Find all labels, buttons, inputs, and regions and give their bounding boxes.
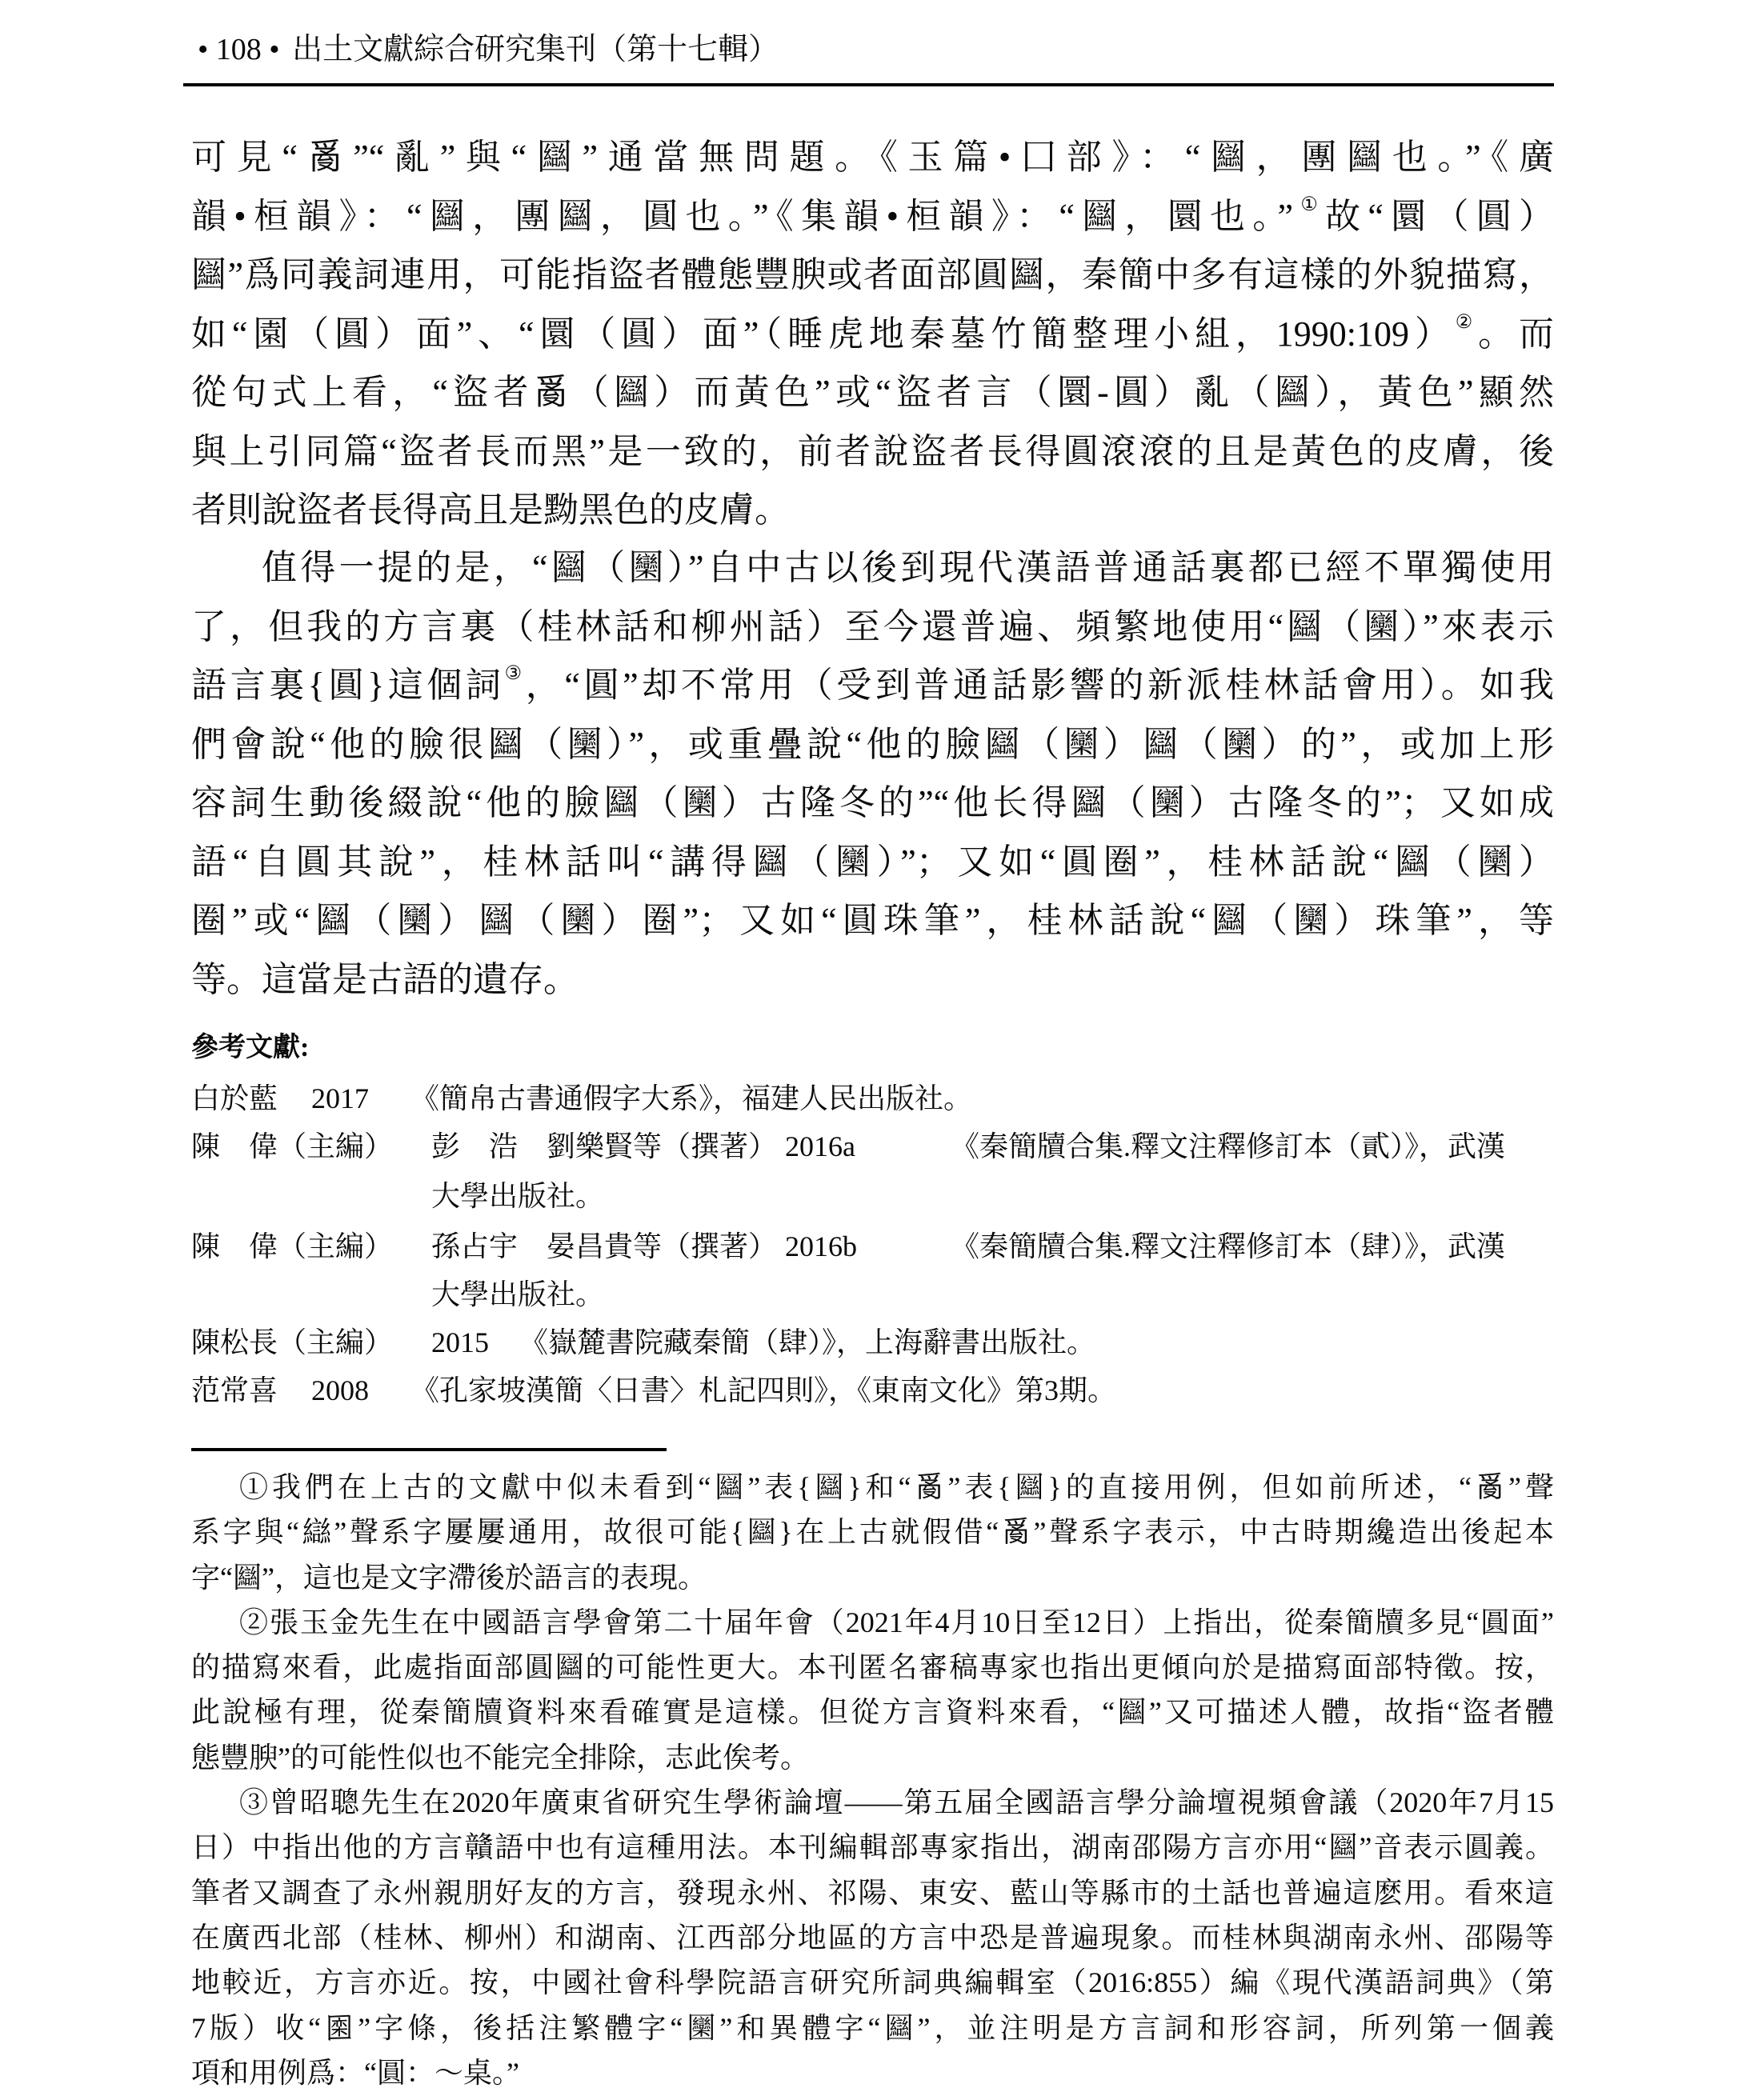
ref-year: 2015 <box>431 1318 489 1366</box>
text-line: 容詞生動後綴說“他的臉圝（圞）古隆冬的”“他长得圝（圞）古隆冬的”；又如成 <box>191 774 1554 833</box>
footnote-rule <box>191 1448 667 1451</box>
reference-entry: 陳松長（主編） 2015 《嶽麓書院藏秦簡（肆）》，上海辭書出版社。 <box>0 1318 1738 1366</box>
footnotes: ①我們在上古的文獻中似未看到“圝”表{圝}和“𤔔”表{圝}的直接用例，但如前所述… <box>191 1465 1554 2095</box>
text-line: 語言裏{圓}這個詞③，“圓”却不常用（受到普通話影響的新派桂林話會用）。如我 <box>191 656 1554 715</box>
footnote-ref-1[interactable]: ① <box>1293 194 1325 215</box>
footnote-3: ③曾昭聰先生在2020年廣東省研究生學術論壇——第五届全國語言學分論壇視頻會議（… <box>191 1780 1554 2095</box>
footnote-line: ②張玉金先生在中國語言學會第二十届年會（2021年4月10日至12日）上指出，從… <box>191 1600 1554 1645</box>
ref-author: 范常喜 <box>191 1366 278 1414</box>
text-line: 等。這當是古語的遺存。 <box>191 950 1554 1010</box>
reference-entry: 陳 偉（主編） 孫占宇 晏昌貴等（撰著） 2016b 《秦簡牘合集.釋文注釋修訂… <box>0 1222 1738 1270</box>
ref-title: 《秦簡牘合集.釋文注釋修訂本（肆）》，武漢 <box>951 1222 1505 1270</box>
text-segment: 故“圜（圓） <box>1325 197 1554 236</box>
footnote-line: 在廣西北部（桂林、柳州）和湖南、江西部分地區的方言中恐是普遍現象。而桂林與湖南永… <box>191 1915 1554 1960</box>
text-line: 如“園（圓）面”、“圜（圓）面”（睡虎地秦墓竹簡整理小組，1990:109）②。… <box>191 305 1554 364</box>
body-paragraph-2: 值得一提的是，“圝（圞）”自中古以後到現代漢語普通話裏都已經不單獨使用 了，但我… <box>191 538 1554 1009</box>
text-line: 們會說“他的臉很圝（圞）”，或重疊說“他的臉圝（圞）圝（圞）的”，或加上形 <box>191 715 1554 774</box>
page-number: • 108 • <box>198 33 280 66</box>
footnote-ref-3[interactable]: ③ <box>505 663 526 684</box>
footnote-line: 日）中指出他的方言贛語中也有這種用法。本刊編輯部專家指出，湖南邵陽方言亦用“圝”… <box>191 1825 1554 1870</box>
reference-entry: 陳 偉（主編） 彭 浩 劉樂賢等（撰著） 2016a 《秦簡牘合集.釋文注釋修訂… <box>0 1122 1738 1170</box>
footnote-line: 字“圝”，這也是文字滯後於語言的表現。 <box>191 1555 1554 1600</box>
ref-title-continuation: 大學出版社。 <box>431 1172 604 1220</box>
text-line: 語“自圓其說”，桂林話叫“講得圝（圞）”；又如“圓圈”，桂林話說“圝（圞） <box>191 833 1554 892</box>
text-segment: 。而 <box>1478 314 1554 354</box>
ref-author: 白於藍 <box>191 1074 278 1122</box>
ref-title-continuation: 大學出版社。 <box>431 1270 604 1318</box>
footnote-line: ①我們在上古的文獻中似未看到“圝”表{圝}和“𤔔”表{圝}的直接用例，但如前所述… <box>191 1465 1554 1510</box>
footnote-line: 地較近，方言亦近。按，中國社會科學院語言研究所詞典編輯室（2016:855）編《… <box>191 1960 1554 2005</box>
text-line: 從句式上看，“盜者𤔔（圝）而黃色”或“盜者言（圜-圓）亂（圝），黃色”顯然 <box>191 363 1554 422</box>
header-rule <box>183 83 1554 86</box>
footnote-line: 的描寫來看，此處指面部圓圝的可能性更大。本刊匿名審稿專家也指出更傾向於是描寫面部… <box>191 1645 1554 1690</box>
text-line: 韻•桓韻》：“圝，團圝，圓也。”《集韻•桓韻》：“圝，圜也。”①故“圜（圓） <box>191 187 1554 246</box>
footnote-line: 筆者又調查了永州親朋好友的方言，發現永州、祁陽、東安、藍山等縣市的土話也普遍這麽… <box>191 1870 1554 1915</box>
body-paragraph-1: 可見“𤔔”“亂”與“圝”通當無問題。《玉篇•囗部》：“圝，團圝也。”《廣 韻•桓… <box>191 128 1554 540</box>
footnote-line: 7版）收“𪢮”字條，後括注繁體字“圞”和異體字“圝”，並注明是方言詞和形容詞，所… <box>191 2006 1554 2050</box>
footnote-ref-2[interactable]: ② <box>1456 312 1478 333</box>
footnote-line: 項和用例爲：“圓：～桌。” <box>191 2050 1554 2095</box>
text-segment: 韻•桓韻》：“圝，團圝，圓也。”《集韻•桓韻》：“圝，圜也。” <box>191 197 1293 236</box>
text-segment: 語言裏{圓}這個詞 <box>191 666 505 705</box>
ref-author: 陳松長（主編） <box>191 1318 393 1366</box>
text-line: 圈”或“圝（圞）圝（圞）圈”；又如“圓珠筆”，桂林話說“圝（圞）珠筆”，等 <box>191 891 1554 950</box>
ref-contributors: 孫占宇 晏昌貴等（撰著） <box>431 1222 777 1270</box>
text-line: 了，但我的方言裏（桂林話和柳州話）至今還普遍、頻繁地使用“圝（圞）”來表示 <box>191 598 1554 657</box>
ref-title: 《嶽麓書院藏秦簡（肆）》，上海辭書出版社。 <box>519 1318 1095 1366</box>
text-line: 圝”爲同義詞連用，可能指盜者體態豐腴或者面部圓圝，秦簡中多有這樣的外貌描寫， <box>191 246 1554 305</box>
reference-entry-continuation: 大學出版社。 <box>0 1270 1738 1318</box>
journal-title: 出土文獻綜合研究集刊（第十七輯） <box>292 33 779 66</box>
running-header: • 108 • 出土文獻綜合研究集刊（第十七輯） <box>198 32 779 67</box>
ref-author: 陳 偉（主編） <box>191 1122 393 1170</box>
text-line: 值得一提的是，“圝（圞）”自中古以後到現代漢語普通話裏都已經不單獨使用 <box>191 538 1554 598</box>
footnote-1: ①我們在上古的文獻中似未看到“圝”表{圝}和“𤔔”表{圝}的直接用例，但如前所述… <box>191 1465 1554 1600</box>
ref-year: 2008 <box>311 1366 369 1414</box>
text-segment: ，“圓”却不常用（受到普通話影響的新派桂林話會用）。如我 <box>526 666 1554 705</box>
text-segment: 如“園（圓）面”、“圜（圓）面”（睡虎地秦墓竹簡整理小組，1990:109） <box>191 314 1456 354</box>
ref-author: 陳 偉（主編） <box>191 1222 393 1270</box>
footnote-line: 系字與“䜌”聲系字屢屢通用，故很可能{圝}在上古就假借“𤔔”聲系字表示，中古時期… <box>191 1510 1554 1554</box>
ref-year: 2017 <box>311 1074 369 1122</box>
ref-year: 2016b <box>785 1222 857 1270</box>
references-heading: 參考文獻: <box>191 1024 309 1072</box>
footnote-line: ③曾昭聰先生在2020年廣東省研究生學術論壇——第五届全國語言學分論壇視頻會議（… <box>191 1780 1554 1825</box>
footnote-line: 此說極有理，從秦簡牘資料來看確實是這樣。但從方言資料來看，“圝”又可描述人體，故… <box>191 1690 1554 1734</box>
reference-entry-continuation: 大學出版社。 <box>0 1172 1738 1220</box>
footnote-2: ②張玉金先生在中國語言學會第二十届年會（2021年4月10日至12日）上指出，從… <box>191 1600 1554 1780</box>
reference-entry: 范常喜 2008 《孔家坡漢簡〈日書〉札記四則》，《東南文化》第3期。 <box>0 1366 1738 1414</box>
reference-entry: 白於藍 2017 《簡帛古書通假字大系》，福建人民出版社。 <box>0 1074 1738 1122</box>
text-line: 可見“𤔔”“亂”與“圝”通當無問題。《玉篇•囗部》：“圝，團圝也。”《廣 <box>191 128 1554 187</box>
footnote-line: 態豐腴”的可能性似也不能完全排除，志此俟考。 <box>191 1735 1554 1780</box>
text-line: 者則說盜者長得高且是黝黑色的皮膚。 <box>191 481 1554 540</box>
ref-year: 2016a <box>785 1122 855 1170</box>
ref-title: 《秦簡牘合集.釋文注釋修訂本（貳）》，武漢 <box>951 1122 1505 1170</box>
text-line: 與上引同篇“盜者長而黑”是一致的，前者說盜者長得圓滾滾的且是黃色的皮膚，後 <box>191 422 1554 482</box>
ref-contributors: 彭 浩 劉樂賢等（撰著） <box>431 1122 777 1170</box>
ref-title: 《孔家坡漢簡〈日書〉札記四則》，《東南文化》第3期。 <box>410 1366 1116 1414</box>
ref-title: 《簡帛古書通假字大系》，福建人民出版社。 <box>410 1074 972 1122</box>
